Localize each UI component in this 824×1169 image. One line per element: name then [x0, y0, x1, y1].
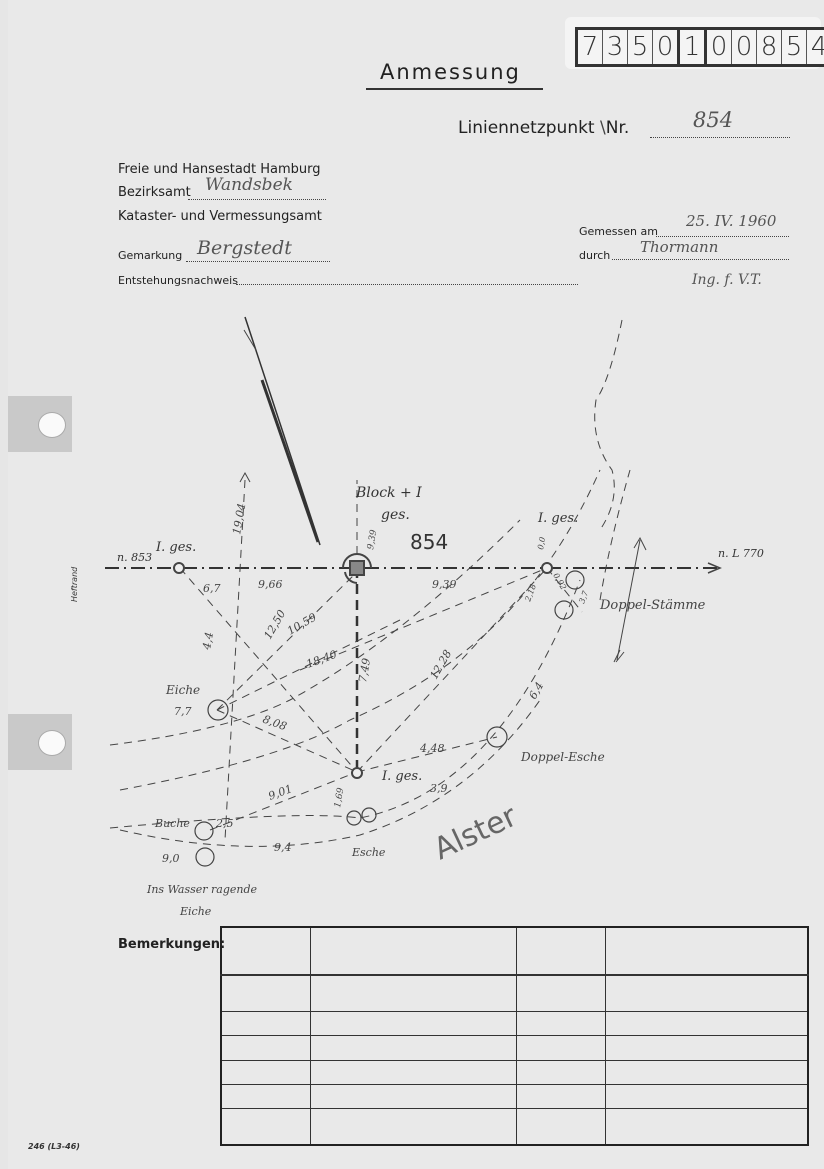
river-label: Alster	[429, 798, 523, 867]
table-cell[interactable]	[310, 927, 516, 975]
measurement-label: 9,0	[162, 852, 180, 865]
form-code: 246 (L3-46)	[28, 1142, 80, 1151]
measurement-label: 12,28	[427, 648, 454, 682]
west-point-label: I. ges.	[155, 540, 196, 555]
tree-icon	[555, 601, 573, 619]
measurement-label: 1,69	[333, 787, 346, 809]
measurement-label: Buche	[154, 817, 190, 830]
table-cell[interactable]	[605, 1012, 808, 1036]
measurement-label: 2,18	[523, 583, 538, 604]
center-point-label: Block + I	[355, 485, 422, 501]
table-cell[interactable]	[310, 975, 516, 1011]
table-cell[interactable]	[221, 1084, 310, 1108]
measurement-label: 8,08	[261, 713, 288, 734]
table-row	[221, 1036, 808, 1060]
measurement-label: 9,66	[258, 578, 283, 591]
table-cell[interactable]	[605, 1109, 808, 1145]
measurement-label: 6,4	[526, 680, 546, 702]
table-cell[interactable]	[605, 975, 808, 1011]
table-cell[interactable]	[516, 975, 605, 1011]
table-cell[interactable]	[310, 1036, 516, 1060]
measurement-label: 9,4	[274, 841, 292, 854]
table-row	[221, 1084, 808, 1108]
measurement-label: 3,7	[577, 589, 590, 605]
table-cell[interactable]	[605, 1084, 808, 1108]
tree-icon	[347, 811, 361, 825]
north-arrow-icon	[244, 317, 320, 545]
survey-block-point	[350, 561, 364, 575]
measurement-label: 0,0	[536, 536, 547, 550]
table-cell[interactable]	[310, 1109, 516, 1145]
east-reference: n. L 770	[718, 547, 764, 560]
table-cell[interactable]	[516, 1060, 605, 1084]
survey-sketch: n. 853 n. L 770 I. ges. Block + I ges. 8…	[0, 0, 824, 930]
survey-point-south	[352, 768, 362, 778]
table-cell[interactable]	[310, 1084, 516, 1108]
tree-icon	[362, 808, 376, 822]
table-row	[221, 1109, 808, 1145]
table-cell[interactable]	[310, 1060, 516, 1084]
measurement-label: 9,01	[267, 782, 294, 803]
table-cell[interactable]	[221, 1036, 310, 1060]
table-cell[interactable]	[516, 1036, 605, 1060]
measurement-label: 7,7	[174, 705, 192, 718]
measurement-label: 4,4	[200, 631, 216, 651]
measurement-label: 9,39	[432, 578, 457, 591]
south-point-label: I. ges.	[381, 769, 422, 784]
measurement-label: 9,39	[366, 529, 379, 551]
tree-icon	[196, 848, 214, 866]
table-cell[interactable]	[221, 927, 310, 975]
table-cell[interactable]	[605, 927, 808, 975]
table-cell[interactable]	[221, 1060, 310, 1084]
table-cell[interactable]	[605, 1060, 808, 1084]
east-point-label: I. ges.	[537, 511, 578, 526]
table-row	[221, 1060, 808, 1084]
measurement-label: 3,9	[430, 782, 448, 795]
measurement-label: 0,92	[551, 572, 568, 592]
table-cell[interactable]	[516, 1084, 605, 1108]
measurement-label: 7,49	[356, 657, 373, 683]
west-reference: n. 853	[117, 551, 152, 564]
measurement-label: Ins Wasser ragende	[146, 883, 258, 896]
measurement-label: 18,40	[305, 648, 339, 671]
survey-point-east	[542, 563, 552, 573]
measurement-label: 10,59	[285, 611, 319, 638]
measurement-label: Eiche	[165, 683, 200, 697]
table-cell[interactable]	[516, 1012, 605, 1036]
table-cell[interactable]	[310, 1012, 516, 1036]
measurement-label: Doppel-Stämme	[599, 598, 706, 613]
table-cell[interactable]	[516, 1109, 605, 1145]
bemerkungen-label: Bemerkungen:	[118, 937, 225, 952]
table-cell[interactable]	[516, 927, 605, 975]
survey-point-west	[174, 563, 184, 573]
bemerkungen-table	[220, 926, 809, 1146]
table-row	[221, 1012, 808, 1036]
measurement-label: Eiche	[179, 905, 212, 918]
table-cell[interactable]	[221, 1109, 310, 1145]
measurement-label: Doppel-Esche	[520, 750, 605, 764]
table-cell[interactable]	[221, 1012, 310, 1036]
measurement-label: 19,04	[230, 502, 248, 535]
measurement-label: 2,5	[215, 817, 234, 830]
center-point-label2: ges.	[381, 507, 410, 523]
measurement-label: 6,7	[203, 582, 221, 595]
tree-icon	[195, 822, 213, 840]
table-row	[221, 927, 808, 975]
table-cell[interactable]	[605, 1036, 808, 1060]
measurement-label: Esche	[351, 846, 386, 859]
table-cell[interactable]	[221, 975, 310, 1011]
table-row	[221, 975, 808, 1011]
measurement-label: 4,48	[419, 742, 445, 755]
center-point-number: 854	[410, 530, 448, 554]
measurement-label: 12,50	[261, 608, 288, 642]
